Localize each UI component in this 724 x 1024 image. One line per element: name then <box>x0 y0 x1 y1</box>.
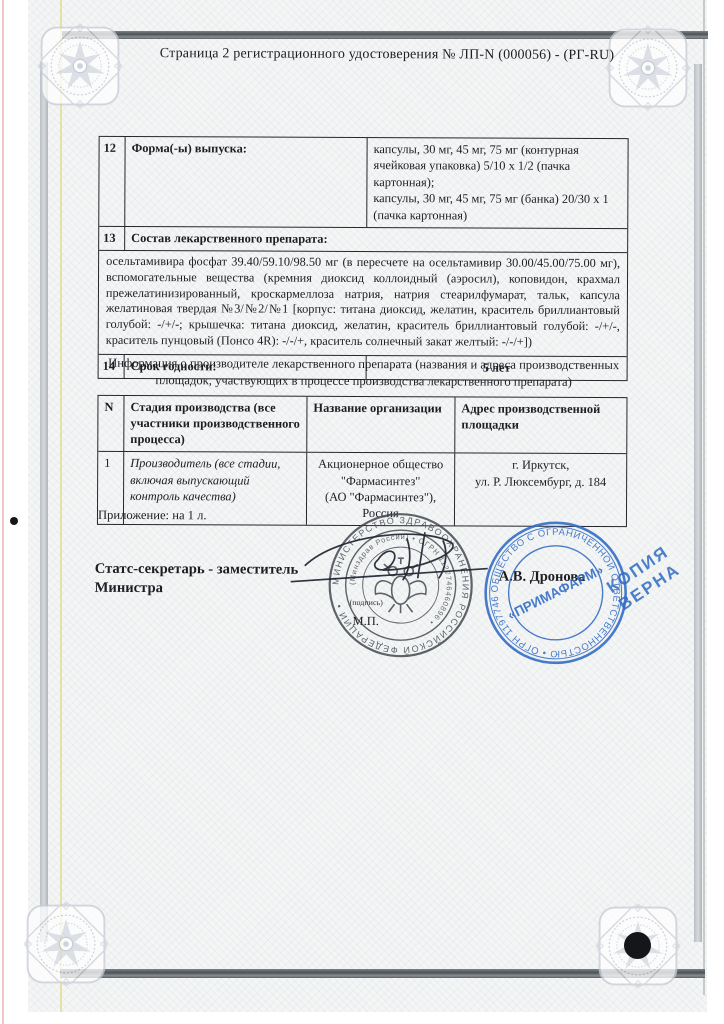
header-address: Адрес производственной площадки <box>455 397 626 453</box>
row-label: Форма(-ы) выпуска: <box>125 137 367 227</box>
manufacturer-info-paragraph: Информация о производителе лекарственног… <box>81 355 647 391</box>
page-title: Страница 2 регистрационного удостоверени… <box>62 46 712 65</box>
attachment-note: Приложение: на 1 л. <box>98 508 207 523</box>
cell-address: г. Иркутск, ул. Р. Люксембург, д. 184 <box>455 454 626 526</box>
product-details-table: 12 Форма(-ы) выпуска: капсулы, 30 мг, 45… <box>98 136 629 381</box>
header-n: N <box>98 396 124 451</box>
row-number: 12 <box>99 137 125 226</box>
manufacturer-table-header: N Стадия производства (все участники про… <box>98 396 626 455</box>
row-label: Состав лекарственного препарата: <box>125 227 627 253</box>
row-number: 13 <box>99 227 125 250</box>
table-row-release-form: 12 Форма(-ы) выпуска: капсулы, 30 мг, 45… <box>99 137 627 229</box>
document-content: Страница 2 регистрационного удостоверени… <box>0 0 724 1024</box>
header-stage: Стадия производства (все участники произ… <box>124 396 307 452</box>
signature <box>283 518 498 619</box>
table-row-composition-header: 13 Состав лекарственного препарата: <box>99 227 627 254</box>
composition-text: осельтамивира фосфат 39.40/59.10/98.50 м… <box>99 251 627 356</box>
table-row-composition-body: осельтамивира фосфат 39.40/59.10/98.50 м… <box>99 251 627 357</box>
header-organization: Название организации <box>307 397 455 453</box>
row-value: капсулы, 30 мг, 45 мг, 75 мг (контурная … <box>367 138 627 228</box>
